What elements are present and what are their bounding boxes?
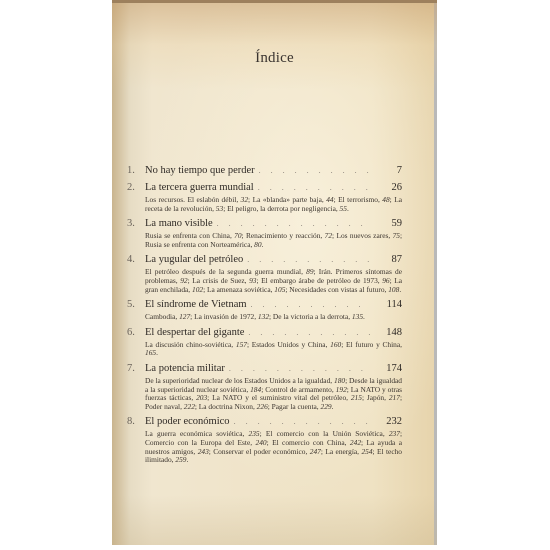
toc-entry-heading: 3.La mano visible59 — [127, 217, 402, 230]
toc-entry: 2.La tercera guerra mundial26Los recurso… — [127, 181, 402, 213]
book-page: Índice 1.No hay tiempo que perder72.La t… — [112, 0, 437, 545]
toc-entry-heading: 4.La yugular del petróleo87 — [127, 253, 402, 266]
toc-entry: 7.La potencia militar174De la superiorid… — [127, 362, 402, 411]
toc-entry-heading: 1.No hay tiempo que perder7 — [127, 164, 402, 177]
toc-entry: 6.El despertar del gigante148La discusió… — [127, 326, 402, 358]
chapter-title: La mano visible — [145, 217, 213, 230]
page-number: 26 — [374, 181, 402, 194]
page-number: 148 — [374, 326, 402, 339]
dot-leader — [258, 181, 370, 194]
page-number: 87 — [374, 253, 402, 266]
chapter-number: 2. — [127, 181, 145, 194]
chapter-number: 8. — [127, 415, 145, 428]
chapter-title: El síndrome de Vietnam — [145, 298, 247, 311]
table-of-contents: 1.No hay tiempo que perder72.La tercera … — [127, 164, 402, 469]
chapter-subsections: Rusia se enfrenta con China, 70; Renacim… — [145, 232, 402, 249]
toc-entry-heading: 8.El poder económico232 — [127, 415, 402, 428]
chapter-title: El despertar del gigante — [145, 326, 244, 339]
chapter-subsections: La guerra económica soviética, 235; El c… — [145, 430, 402, 464]
chapter-subsections: El petróleo después de la segunda guerra… — [145, 268, 402, 294]
page-number: 59 — [374, 217, 402, 230]
chapter-number: 5. — [127, 298, 145, 311]
chapter-number: 1. — [127, 164, 145, 177]
chapter-subsections: Los recursos. El eslabón débil, 32; La «… — [145, 196, 402, 213]
toc-entry-heading: 6.El despertar del gigante148 — [127, 326, 402, 339]
toc-entry: 5.El síndrome de Vietnam114Cambodia, 127… — [127, 298, 402, 322]
chapter-title: La potencia militar — [145, 362, 225, 375]
toc-entry: 4.La yugular del petróleo87El petróleo d… — [127, 253, 402, 294]
dot-leader — [259, 164, 370, 177]
toc-entry-heading: 5.El síndrome de Vietnam114 — [127, 298, 402, 311]
dot-leader — [247, 253, 370, 266]
dot-leader — [217, 217, 370, 230]
chapter-title: La yugular del petróleo — [145, 253, 243, 266]
toc-entry-heading: 2.La tercera guerra mundial26 — [127, 181, 402, 194]
chapter-subsections: De la superioridad nuclear de los Estado… — [145, 377, 402, 411]
toc-entry: 3.La mano visible59Rusia se enfrenta con… — [127, 217, 402, 249]
chapter-subsections: Cambodia, 127; La invasión de 1972, 132;… — [145, 313, 402, 322]
chapter-title: El poder económico — [145, 415, 230, 428]
page-title: Índice — [112, 50, 437, 67]
chapter-title: No hay tiempo que perder — [145, 164, 255, 177]
chapter-title: La tercera guerra mundial — [145, 181, 254, 194]
chapter-number: 6. — [127, 326, 145, 339]
toc-entry-heading: 7.La potencia militar174 — [127, 362, 402, 375]
page-number: 174 — [374, 362, 402, 375]
dot-leader — [248, 326, 370, 339]
chapter-subsections: La discusión chino-soviética, 157; Estad… — [145, 341, 402, 358]
page-number: 114 — [374, 298, 402, 311]
toc-entry: 8.El poder económico232La guerra económi… — [127, 415, 402, 464]
dot-leader — [251, 298, 370, 311]
dot-leader — [229, 362, 370, 375]
page-number: 7 — [374, 164, 402, 177]
chapter-number: 4. — [127, 253, 145, 266]
toc-entry: 1.No hay tiempo que perder7 — [127, 164, 402, 177]
page-number: 232 — [374, 415, 402, 428]
chapter-number: 3. — [127, 217, 145, 230]
chapter-number: 7. — [127, 362, 145, 375]
dot-leader — [234, 415, 370, 428]
